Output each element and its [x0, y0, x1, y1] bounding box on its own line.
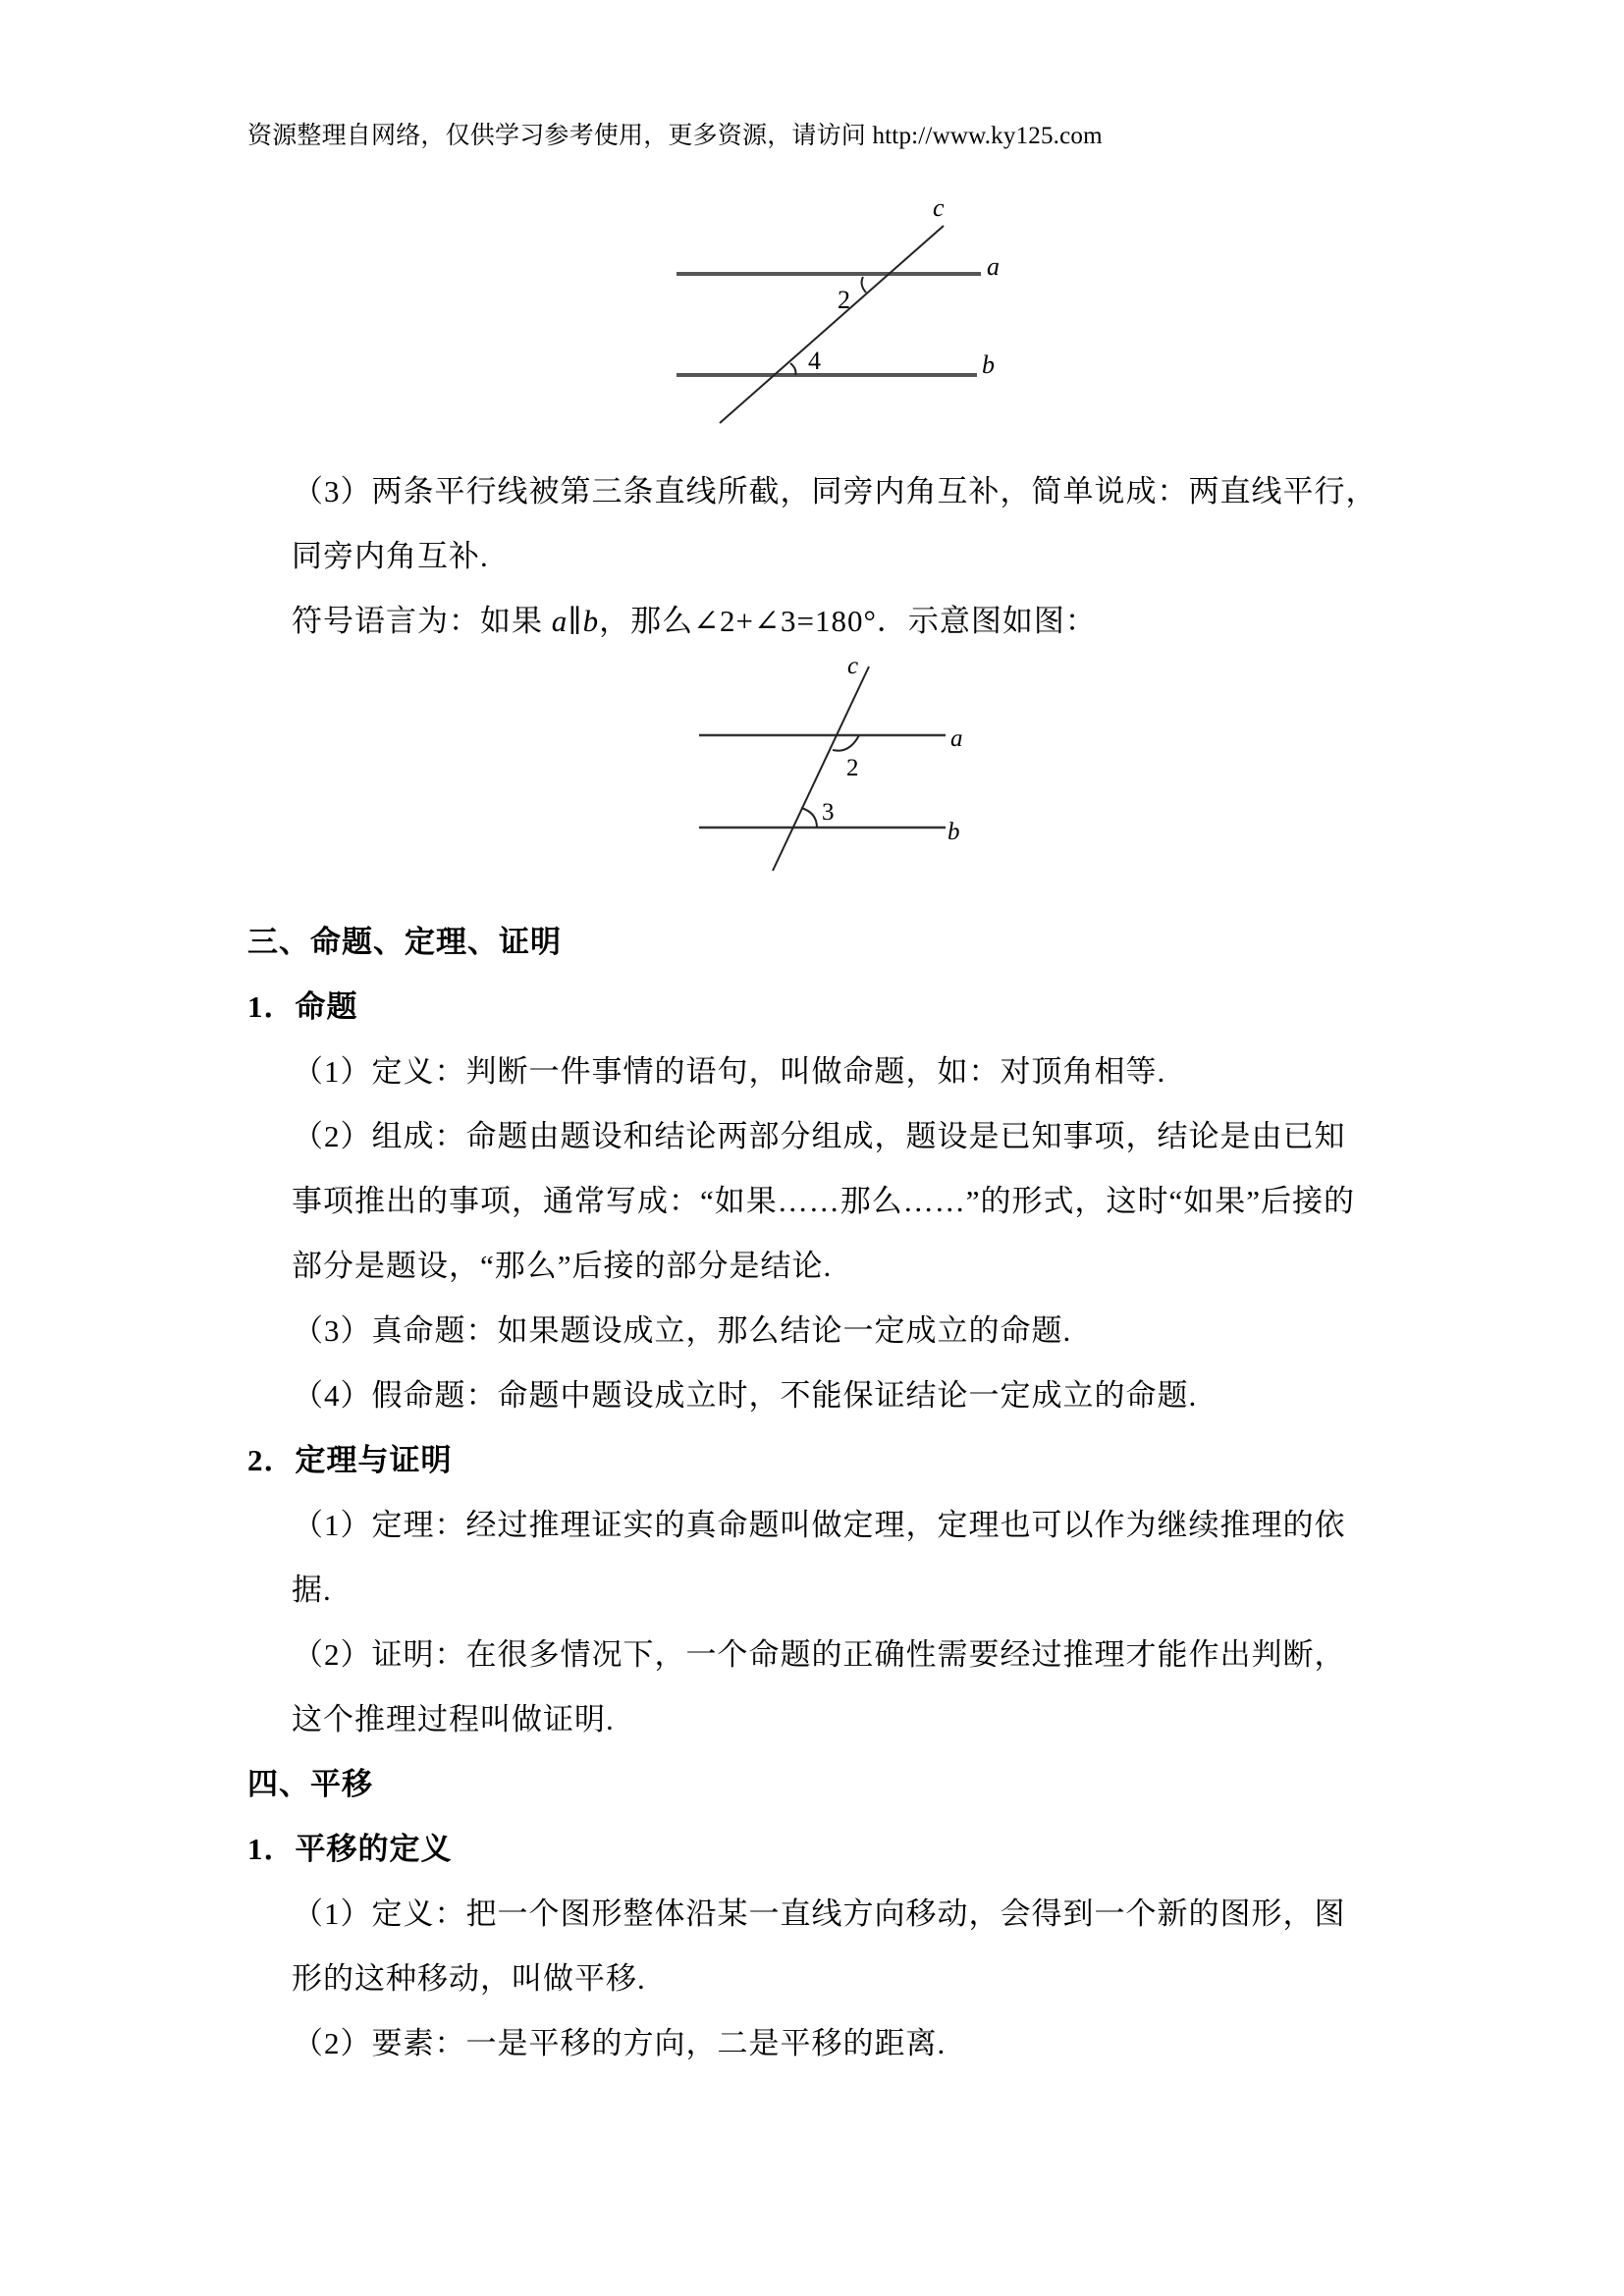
- symbol-suffix: ，那么∠2+∠3=180°．示意图如图：: [599, 604, 1097, 638]
- line-label-a: a: [950, 725, 963, 752]
- paragraph-true-proposition: （3）真命题：如果题设成立，那么结论一定成立的命题.: [293, 1306, 1071, 1350]
- paragraph-translation-definition-line2: 形的这种移动，叫做平移.: [292, 1953, 646, 1998]
- symbol-line-a: a: [552, 604, 568, 638]
- page-header-source-note: 资源整理自网络，仅供学习参考使用，更多资源，请访问 http://www.ky1…: [247, 116, 1103, 151]
- paragraph-theorem-line2: 据.: [292, 1565, 332, 1609]
- section-title-translation: 四、平移: [247, 1759, 373, 1803]
- paragraph-definition: （1）定义：判断一件事情的语句，叫做命题，如：对顶角相等.: [293, 1046, 1165, 1091]
- line-label-c: c: [933, 193, 945, 222]
- paragraph-co-interior-angles-line2: 同旁内角互补.: [292, 531, 489, 575]
- angle-label-2: 2: [838, 286, 850, 314]
- paragraph-composition-line3: 部分是题设，“那么”后接的部分是结论.: [292, 1241, 832, 1285]
- symbol-prefix: 符号语言为：如果: [292, 604, 552, 638]
- paragraph-composition-line1: （2）组成：命题由题设和结论两部分组成，题设是已知事项，结论是由已知: [293, 1111, 1346, 1155]
- subsection-title-translation-definition: 1．平移的定义: [247, 1824, 453, 1868]
- paragraph-co-interior-angles-line1: （3）两条平行线被第三条直线所截，同旁内角互补，简单说成：两直线平行，: [293, 466, 1378, 510]
- parallel-lines-diagram: c a b 2 4: [648, 187, 1041, 442]
- subsection-title-proposition: 1．命题: [247, 982, 358, 1026]
- parallel-symbol: ∥: [568, 604, 582, 638]
- line-label-c: c: [847, 653, 858, 679]
- symbol-language-statement: 符号语言为：如果 a∥b，那么∠2+∠3=180°．示意图如图：: [292, 596, 1097, 640]
- section-title-propositions: 三、命题、定理、证明: [247, 917, 562, 961]
- line-label-b: b: [982, 350, 995, 379]
- paragraph-composition-line2: 事项推出的事项，通常写成：“如果……那么……”的形式，这时“如果”后接的: [292, 1176, 1355, 1220]
- paragraph-proof-line1: （2）证明：在很多情况下，一个命题的正确性需要经过推理才能作出判断，: [293, 1629, 1346, 1674]
- paragraph-false-proposition: （4）假命题：命题中题设成立时，不能保证结论一定成立的命题.: [293, 1370, 1197, 1415]
- angle-label-2: 2: [846, 755, 859, 781]
- symbol-line-b: b: [583, 604, 600, 638]
- line-label-b: b: [947, 819, 960, 845]
- figure-parallel-lines-angles-2-3: c a b 2 3: [668, 648, 1021, 893]
- paragraph-theorem-line1: （1）定理：经过推理证实的真命题叫做定理，定理也可以作为继续推理的依: [293, 1500, 1346, 1544]
- angle-label-4: 4: [808, 347, 821, 375]
- figure-parallel-lines-angles-2-4: c a b 2 4: [648, 187, 1041, 442]
- subsection-title-theorem-proof: 2．定理与证明: [247, 1435, 453, 1479]
- co-interior-angles-diagram: c a b 2 3: [668, 648, 1021, 893]
- angle-label-3: 3: [822, 799, 835, 826]
- paragraph-proof-line2: 这个推理过程叫做证明.: [292, 1694, 615, 1738]
- paragraph-translation-definition-line1: （1）定义：把一个图形整体沿某一直线方向移动，会得到一个新的图形，图: [293, 1889, 1346, 1933]
- paragraph-translation-elements: （2）要素：一是平移的方向，二是平移的距离.: [293, 2018, 946, 2062]
- line-label-a: a: [987, 252, 1000, 281]
